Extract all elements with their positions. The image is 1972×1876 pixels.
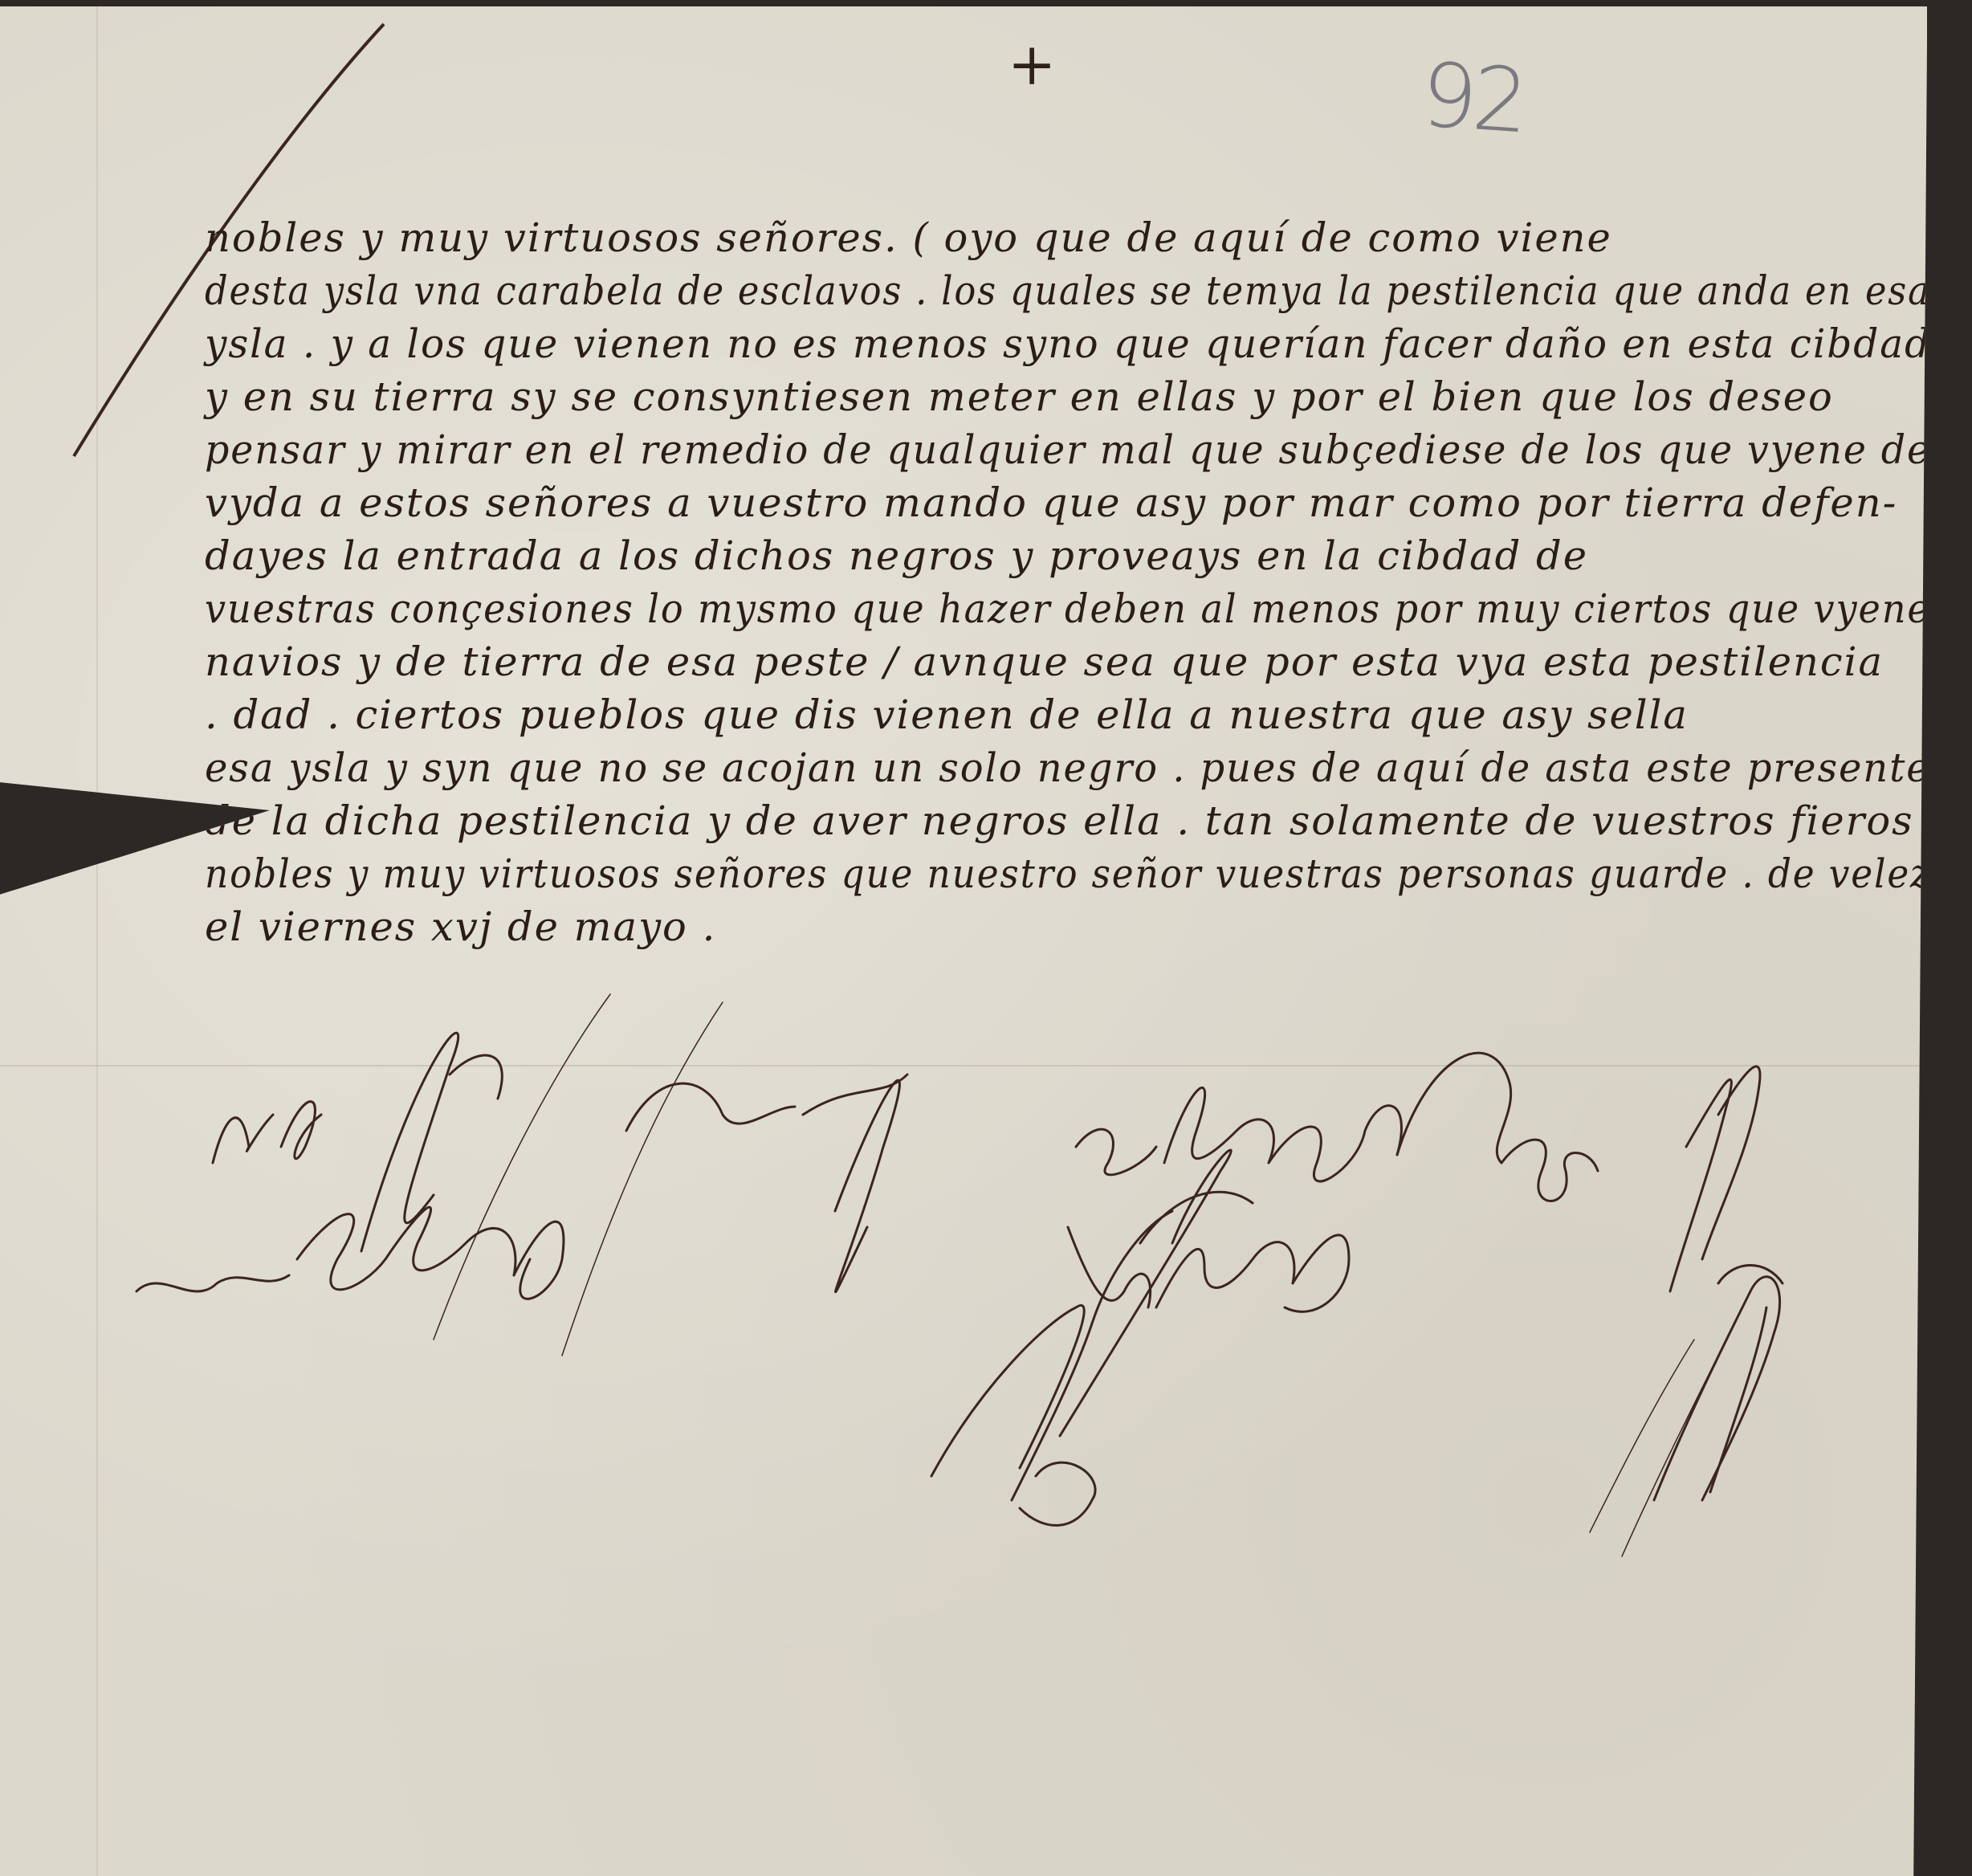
letter-line: nobles y muy virtuosos señores. ( oyo qu… [205,211,1931,264]
fold-line-vertical [96,6,98,1876]
letter-line: de la dicha pestilencia y de aver negros… [205,794,1931,847]
letter-line: ysla . y a los que vienen no es menos sy… [205,317,1895,370]
manuscript-page: + 92 nobles y muy virtuosos señores. ( o… [0,6,1927,1876]
signature-left: a lo que mandares [241,1131,248,1132]
signature-center-lower: bachiller [1124,1291,1127,1292]
header-cross-mark: + [1008,31,1056,98]
letter-line: pensar y mirar en el remedio de qualquie… [205,423,1858,476]
letter-body: nobles y muy virtuosos señores. ( oyo qu… [205,211,1947,953]
letter-line: esa ysla y syn que no se acojan un solo … [205,741,1876,794]
letter-line: navios y de tierra de esa peste / avnque… [205,635,1931,688]
letter-line: el viernes xvj de mayo . [205,900,1931,953]
letter-line: dayes la entrada a los dichos negros y p… [205,529,1931,582]
letter-line: vuestras conçesiones lo mysmo que hazer … [205,582,1816,635]
signature-rubric: rubric [1686,1211,1689,1212]
letter-line: nobles y muy virtuosos señores que nuest… [205,847,1789,900]
letter-line: vyda a estos señores a vuestro mando que… [205,476,1931,529]
folio-number: 92 [1418,43,1528,153]
letter-line: . dad . ciertos pueblos que dis vienen d… [205,688,1931,741]
signature-center: el marques [1124,1131,1129,1132]
fold-line-horizontal [0,1065,1927,1066]
letter-line: y en su tierra sy se consyntiesen meter … [205,370,1931,423]
letter-line: desta ysla vna carabela de esclavos . lo… [205,264,1766,317]
